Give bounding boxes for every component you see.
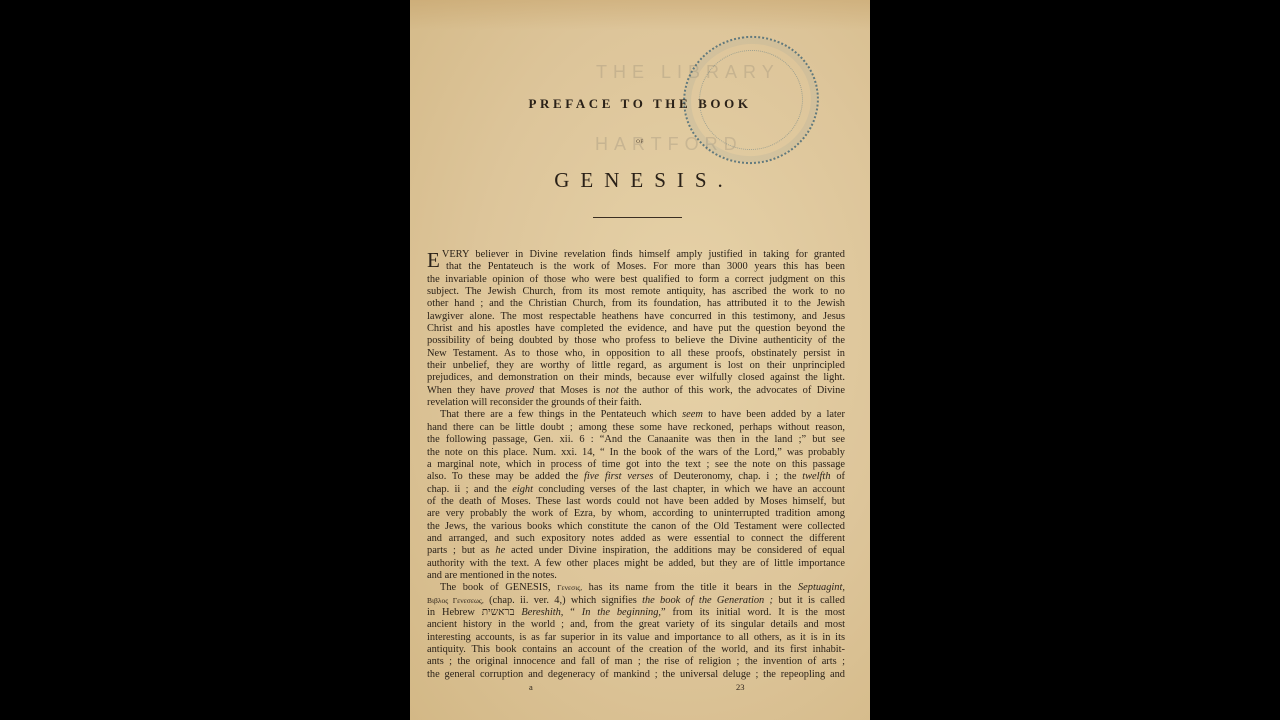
text-line: subject. The Jewish Church, from its mos… — [427, 286, 845, 298]
text-line: prejudices, and demonstration on their m… — [427, 372, 845, 384]
text-line: the general corruption and degeneracy of… — [427, 669, 845, 681]
text-line: that the Pentateuch is the work of Moses… — [427, 261, 845, 273]
greek-text: Βιβλος Γενεσεως, — [427, 596, 484, 605]
text-line: the invariable opinion of those who were… — [427, 274, 845, 286]
italic-text: Septuagint, — [798, 582, 845, 593]
text-line: revelation will reconsider the grounds o… — [427, 397, 845, 409]
text-line: Βιβλος Γενεσεως, (chap. ii. ver. 4,) whi… — [427, 595, 845, 607]
text-line: lawgiver alone. The most respectable hea… — [427, 311, 845, 323]
italic-text: proved — [506, 385, 534, 396]
signature-mark: a — [529, 682, 533, 692]
of-label: OF — [410, 140, 870, 145]
text-line: Christ and his apostles have completed t… — [427, 323, 845, 335]
italic-text: Bereshith, — [521, 607, 563, 618]
paragraph: EVERY believer in Divine revelation find… — [427, 249, 845, 409]
italic-text: eight — [512, 484, 533, 495]
text-line: a marginal note, which in process of tim… — [427, 459, 845, 471]
text-line: parts ; but as he acted under Divine ins… — [427, 545, 845, 557]
text-line: chap. ii ; and the eight concluding vers… — [427, 484, 845, 496]
text-line: in Hebrew בראשית Bereshith, “ In the beg… — [427, 607, 845, 619]
text-line: their unbelief, they are worthy of littl… — [427, 360, 845, 372]
paragraph: That there are a few things in the Penta… — [427, 409, 845, 582]
text-line: That there are a few things in the Penta… — [427, 409, 845, 421]
italic-text: In the beginning, — [582, 607, 661, 618]
text-line: ancient history in the world ; and, from… — [427, 619, 845, 631]
text-line: are very probably the work of Ezra, by w… — [427, 508, 845, 520]
text-line: the note on this place. Num. xxi. 14, “ … — [427, 447, 845, 459]
preface-body: EVERY believer in Divine revelation find… — [427, 249, 845, 681]
italic-text: seem — [682, 409, 703, 420]
text-line: hand there can be little doubt ; among t… — [427, 422, 845, 434]
text-line: authority with the text. A few other pla… — [427, 558, 845, 570]
text-line: antiquity. This book contains an account… — [427, 644, 845, 656]
text-line: interesting accounts, is as far superior… — [427, 632, 845, 644]
text-line: and are mentioned in the notes. — [427, 570, 845, 582]
text-line: the following passage, Gen. xii. 6 : “An… — [427, 434, 845, 446]
text-line: The book of GENESIS, Γενεσις, has its na… — [427, 582, 845, 594]
text-line: ants ; the original innocence and fall o… — [427, 656, 845, 668]
italic-text: he — [495, 545, 505, 556]
text-line: also. To these may be added the five fir… — [427, 471, 845, 483]
book-page: THE LIBRARY HARTFORD PREFACE TO THE BOOK… — [410, 0, 870, 720]
text-line: New Testament. As to those who, in oppos… — [427, 348, 845, 360]
italic-text: twelfth — [802, 471, 830, 482]
preface-heading: PREFACE TO THE BOOK — [410, 96, 870, 112]
greek-text: Γενεσις, — [557, 583, 582, 592]
text-line: of the death of Moses. These last words … — [427, 496, 845, 508]
drop-cap: E — [427, 251, 440, 269]
italic-text: five first verses — [584, 471, 653, 482]
paragraph: The book of GENESIS, Γενεσις, has its na… — [427, 582, 845, 681]
text-line: When they have proved that Moses is not … — [427, 385, 845, 397]
italic-text: the book of the Generation ; — [642, 595, 773, 606]
text-line: VERY believer in Divine revelation finds… — [427, 249, 845, 261]
book-title: GENESIS. — [410, 168, 870, 193]
text-line: possibility of being doubted by those wh… — [427, 335, 845, 347]
page-number: 23 — [736, 682, 745, 692]
italic-text: not — [605, 385, 618, 396]
text-line: and arranged, and such expository notes … — [427, 533, 845, 545]
text-line: the Jews, the various books which consti… — [427, 521, 845, 533]
title-divider — [593, 217, 682, 218]
text-line: other hand ; and the Christian Church, f… — [427, 298, 845, 310]
